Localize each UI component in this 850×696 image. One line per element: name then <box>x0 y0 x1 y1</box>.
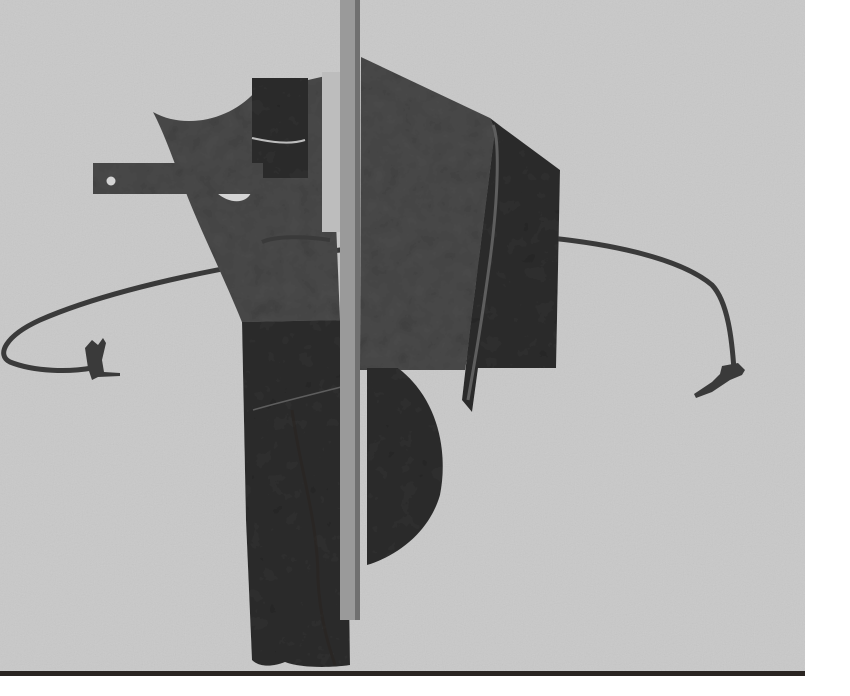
horizontal-bar-with-hole <box>93 163 263 194</box>
bar-hole <box>107 177 116 186</box>
lower-textured-body <box>242 320 350 667</box>
rod-shadow <box>355 0 360 620</box>
light-vertical-strip <box>322 72 342 232</box>
ground-line <box>0 671 805 676</box>
sculpture-photograph <box>0 0 850 696</box>
